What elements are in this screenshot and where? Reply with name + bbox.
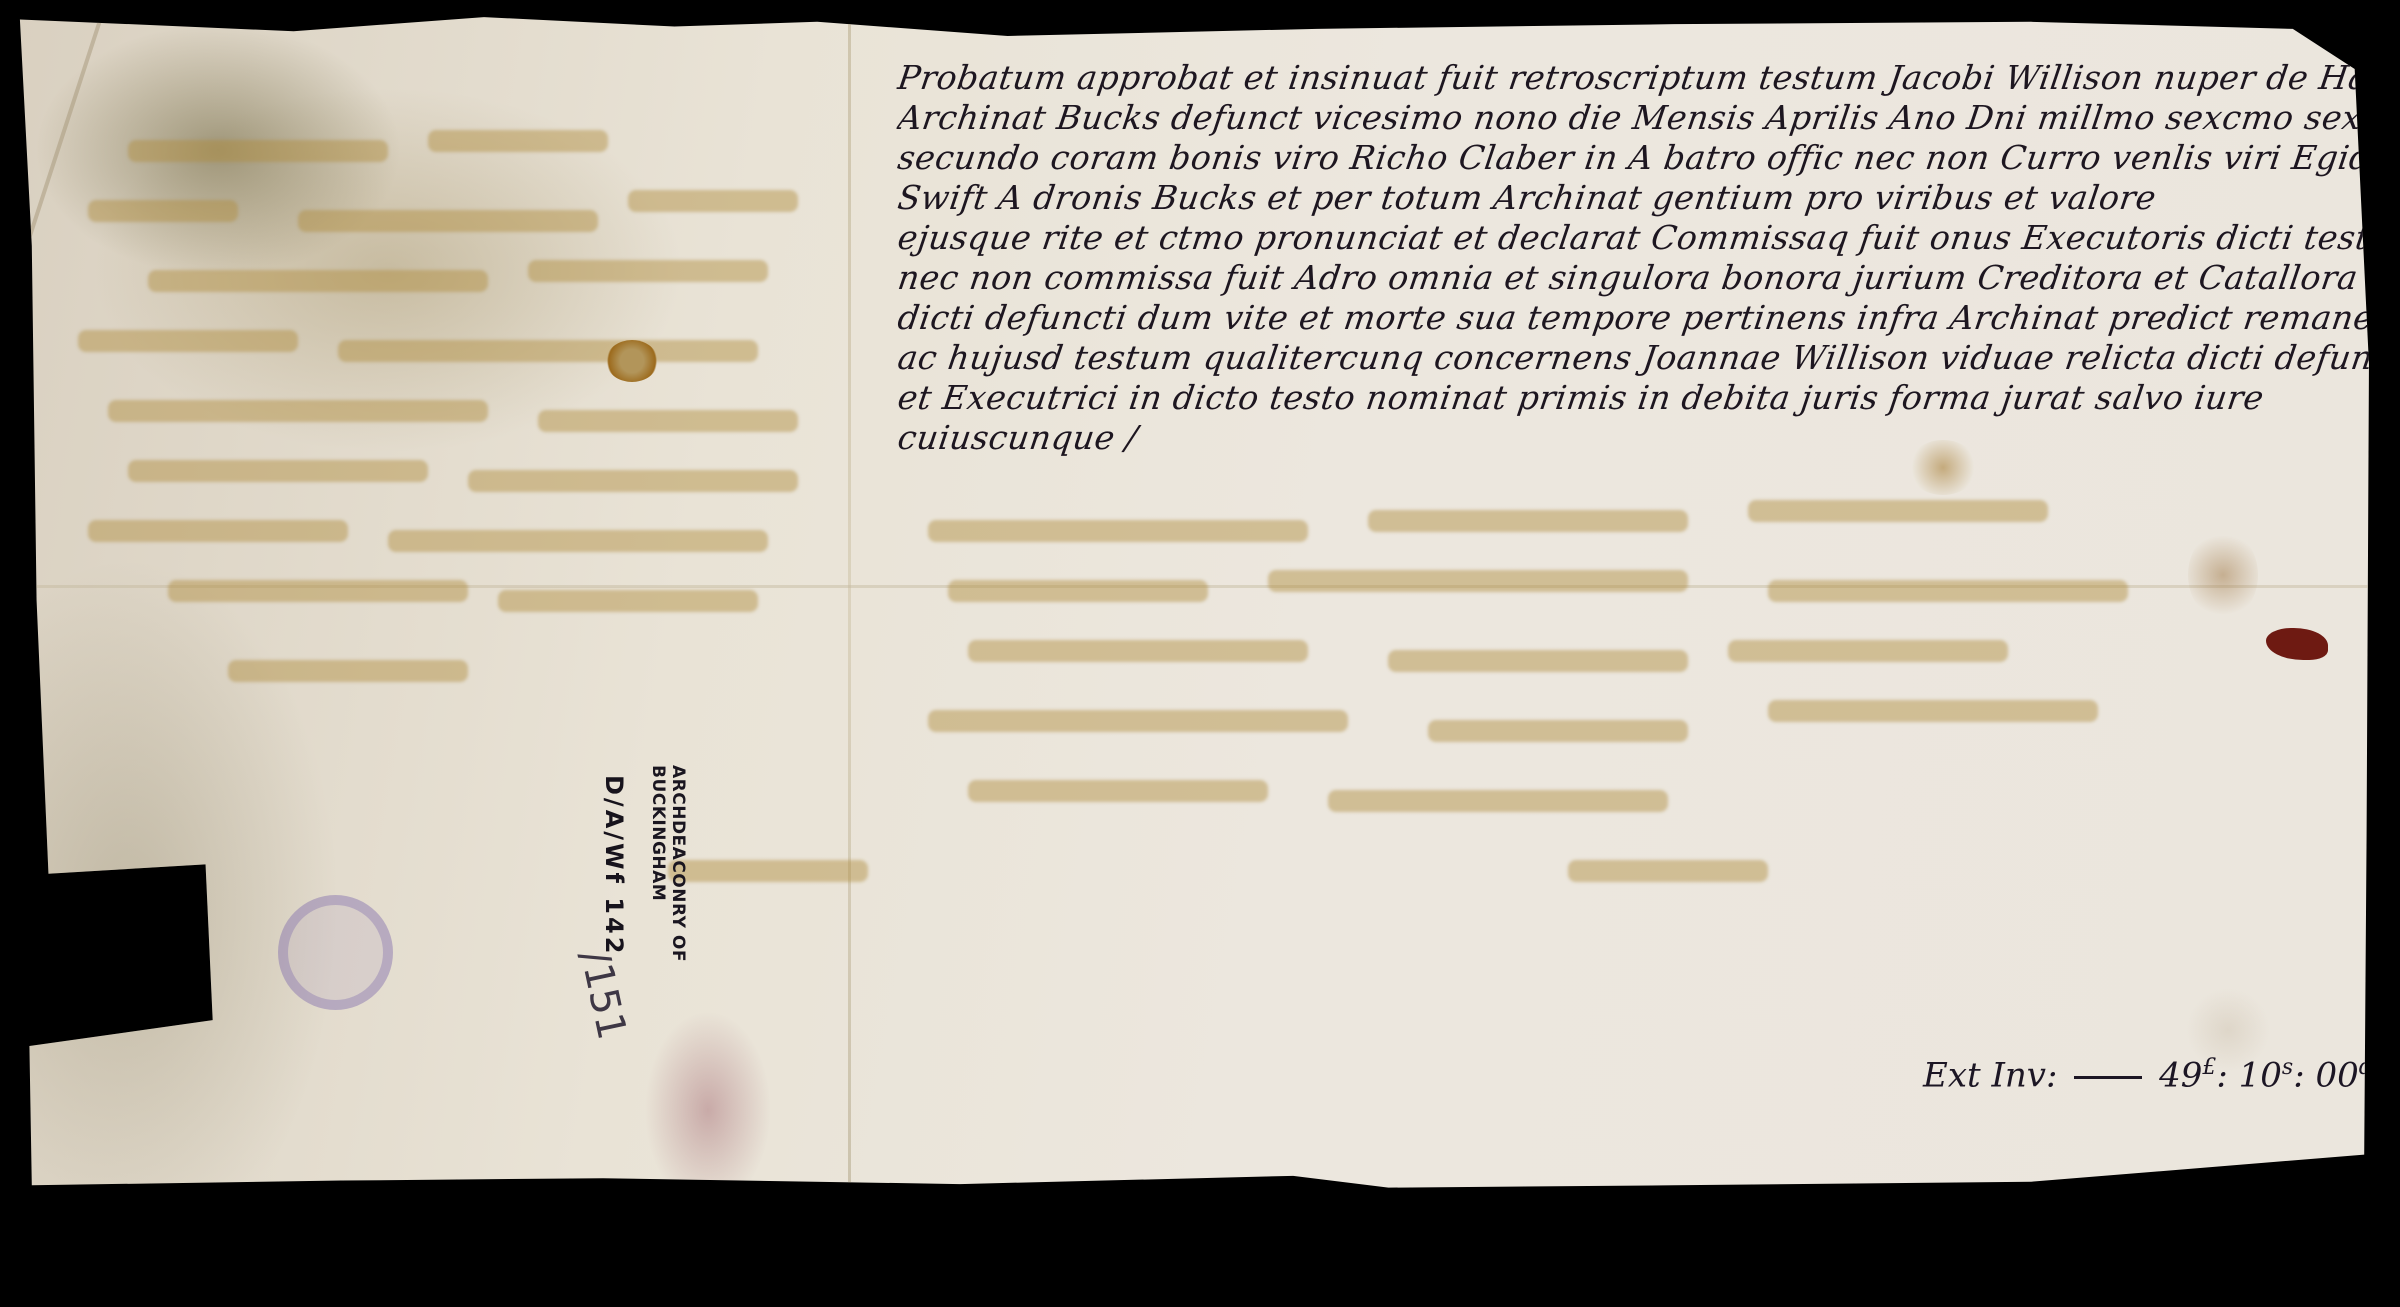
vertical-fold-crease	[848, 10, 851, 1190]
valuation-pounds: 49	[2159, 1055, 2202, 1095]
corner-fold-crease	[0, 20, 102, 478]
valuation-shillings: 10	[2239, 1055, 2282, 1095]
faded-circular-stamp	[278, 895, 393, 1010]
archive-stamp: ARCHDEACONRY OF BUCKINGHAM D/A/Wf 142 /1…	[608, 765, 748, 1075]
brown-ink-blot	[606, 340, 658, 382]
pounds-mark: £	[2202, 1055, 2216, 1080]
red-wax-seal-fragment	[2266, 628, 2328, 660]
text-line: cuiuscunque /	[895, 418, 2381, 458]
brown-stain	[2188, 530, 2258, 620]
horizontal-fold-crease	[8, 585, 2388, 588]
folio-number: /151	[571, 946, 635, 1043]
probate-act-text: Probatum approbat et insinuat fuit retro…	[898, 58, 2378, 458]
pence-mark: d	[2359, 1055, 2373, 1080]
text-line: nec non commissa fuit Adro omnia et sing…	[895, 258, 2381, 298]
repository-name: ARCHDEACONRY OF BUCKINGHAM	[648, 765, 688, 1075]
text-line: et Executrici in dicto testo nominat pri…	[895, 378, 2381, 418]
text-line: ac hujusd testum qualitercunq concernens…	[895, 338, 2381, 378]
valuation-label: Ext Inv:	[1923, 1055, 2057, 1095]
valuation-dash	[2074, 1076, 2142, 1079]
text-line: Swift A dronis Bucks et per totum Archin…	[895, 178, 2381, 218]
inventory-valuation: Ext Inv: 49£: 10s: 00d:	[1923, 1055, 2384, 1095]
archive-reference: D/A/Wf 142	[600, 775, 628, 956]
text-line: ejusque rite et ctmo pronunciat et decla…	[895, 218, 2381, 258]
shillings-mark: s	[2282, 1055, 2293, 1080]
manuscript-page: Probatum approbat et insinuat fuit retro…	[8, 10, 2388, 1190]
valuation-pence: 00	[2315, 1055, 2358, 1095]
text-line: dicti defuncti dum vite et morte sua tem…	[895, 298, 2381, 338]
text-line: secundo coram bonis viro Richo Claber in…	[895, 138, 2381, 178]
text-line: Archinat Bucks defunct vicesimo nono die…	[895, 98, 2381, 138]
text-line: Probatum approbat et insinuat fuit retro…	[895, 58, 2381, 98]
